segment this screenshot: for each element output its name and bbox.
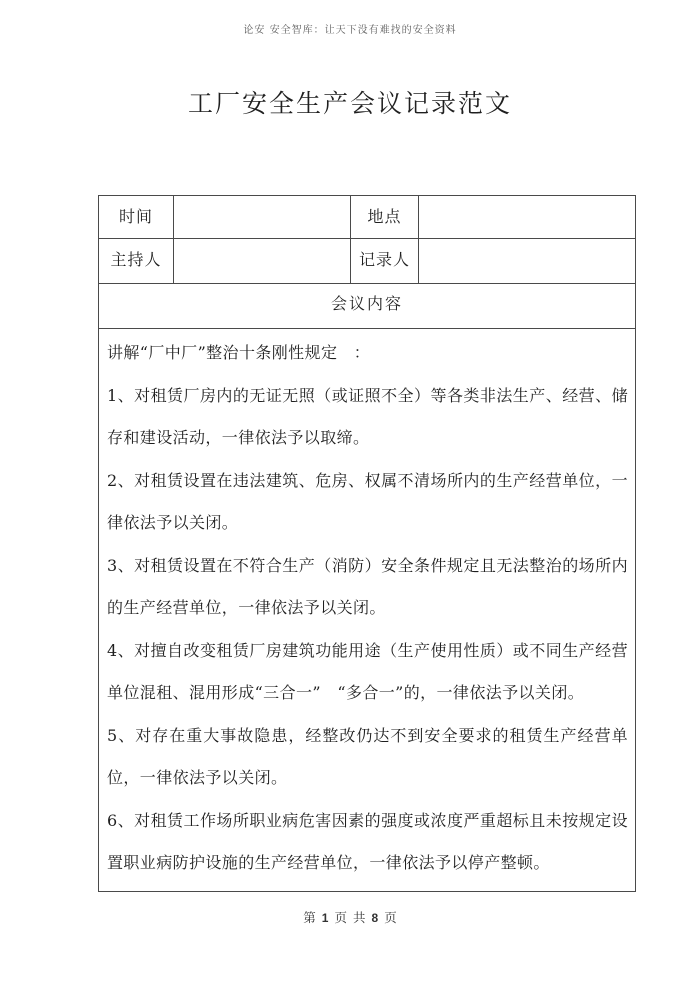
meeting-record-table: 时间 地点 主持人 记录人 会议内容 讲解“厂中厂”整治十条刚性规定 ： 1、对… bbox=[98, 195, 636, 892]
table-row-time-location: 时间 地点 bbox=[99, 196, 636, 239]
site-watermark-text: 论安 安全智库：让天下没有难找的安全资料 bbox=[0, 21, 700, 36]
meeting-content-item-4: 4、对擅自改变租赁厂房建筑功能用途（生产使用性质）或不同生产经营单位混租、混用形… bbox=[107, 630, 628, 715]
meeting-content-item-3: 3、对租赁设置在不符合生产（消防）安全条件规定且无法整治的场所内的生产经营单位，… bbox=[107, 545, 628, 630]
time-value-cell bbox=[174, 196, 351, 239]
footer-text-before: 第 bbox=[303, 910, 316, 925]
meeting-content-header: 会议内容 bbox=[99, 284, 636, 329]
document-page: 论安 安全智库：让天下没有难找的安全资料 工厂安全生产会议记录范文 时间 地点 … bbox=[0, 0, 700, 990]
host-value-cell bbox=[174, 239, 351, 284]
time-label-cell: 时间 bbox=[99, 196, 174, 239]
location-value-cell bbox=[419, 196, 636, 239]
recorder-label-cell: 记录人 bbox=[351, 239, 419, 284]
meeting-content-item-2: 2、对租赁设置在违法建筑、危房、权属不清场所内的生产经营单位，一律依法予以关闭。 bbox=[107, 460, 628, 545]
location-label-cell: 地点 bbox=[351, 196, 419, 239]
meeting-content-cell: 讲解“厂中厂”整治十条刚性规定 ： 1、对租赁厂房内的无证无照（或证照不全）等各… bbox=[99, 329, 636, 892]
document-title: 工厂安全生产会议记录范文 bbox=[0, 84, 700, 120]
meeting-content-item-5: 5、对存在重大事故隐患，经整改仍达不到安全要求的租赁生产经营单位，一律依法予以关… bbox=[107, 715, 628, 800]
page-footer: 第1页共8页 bbox=[0, 908, 700, 926]
meeting-content-intro: 讲解“厂中厂”整治十条刚性规定 ： bbox=[107, 332, 628, 375]
table-row-content: 讲解“厂中厂”整治十条刚性规定 ： 1、对租赁厂房内的无证无照（或证照不全）等各… bbox=[99, 329, 636, 892]
footer-text-between-2: 共 bbox=[353, 910, 366, 925]
footer-text-between-1: 页 bbox=[334, 910, 347, 925]
recorder-value-cell bbox=[419, 239, 636, 284]
meeting-content-item-6: 6、对租赁工作场所职业病危害因素的强度或浓度严重超标且未按规定设置职业病防护设施… bbox=[107, 800, 628, 885]
host-label-cell: 主持人 bbox=[99, 239, 174, 284]
table-row-content-header: 会议内容 bbox=[99, 284, 636, 329]
footer-current-page-number: 1 bbox=[322, 911, 329, 925]
footer-text-after: 页 bbox=[384, 910, 397, 925]
footer-total-pages-number: 8 bbox=[372, 911, 379, 925]
table-row-host-recorder: 主持人 记录人 bbox=[99, 239, 636, 284]
meeting-content-item-1: 1、对租赁厂房内的无证无照（或证照不全）等各类非法生产、经营、储存和建设活动，一… bbox=[107, 375, 628, 460]
